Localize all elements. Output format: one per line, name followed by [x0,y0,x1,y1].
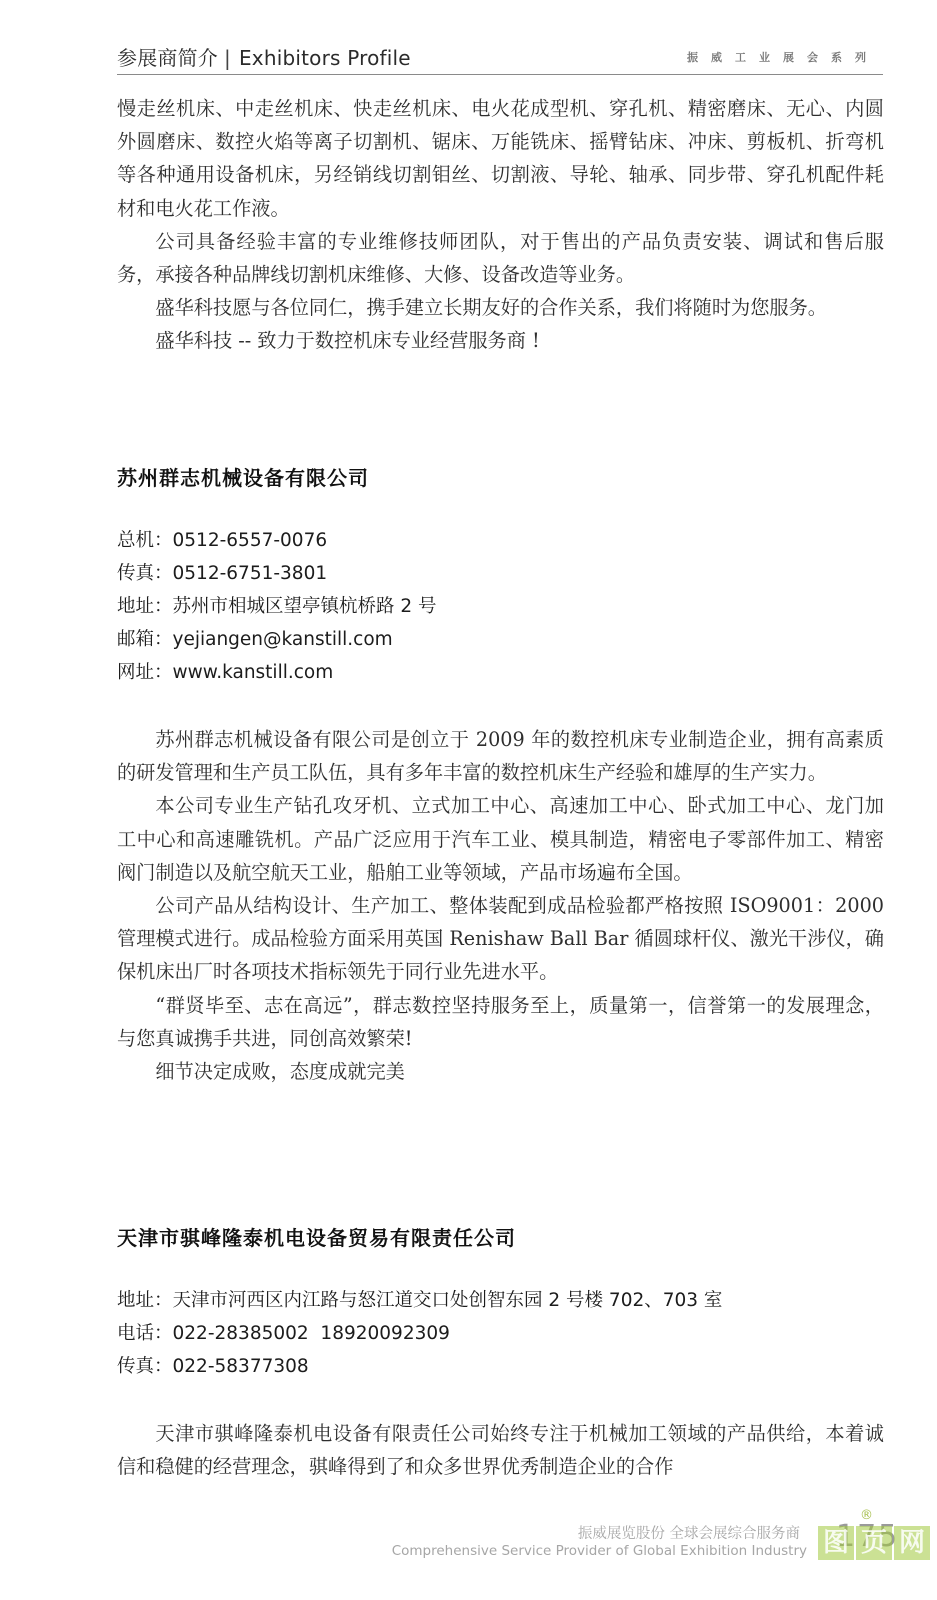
contact-row-switchboard: 总机：0512-6557-0076 [117,524,437,557]
paragraph: 本公司专业生产钻孔攻牙机、立式加工中心、高速加工中心、卧式加工中心、龙门加工中心… [117,789,884,889]
email-link[interactable]: yejiangen@kanstill.com [173,629,393,650]
paragraph: 公司产品从结构设计、生产加工、整体装配到成品检验都严格按照 ISO9001：20… [117,889,884,989]
contact-label: 传真： [117,563,173,584]
contact-value: 022-58377308 [173,1356,309,1377]
paragraph: 盛华科技愿与各位同仁，携手建立长期友好的合作关系，我们将随时为您服务。 [117,291,884,324]
contact-row-email: 邮箱：yejiangen@kanstill.com [117,623,437,656]
watermark-char: 图 [818,1526,854,1560]
registered-mark-icon: ® [860,1508,873,1523]
contact-list: 总机：0512-6557-0076 传真：0512-6751-3801 地址：苏… [117,524,437,689]
contact-label: 传真： [117,1356,173,1377]
paragraph: 公司具备经验丰富的专业维修技师团队，对于售出的产品负责安装、调试和售后服务，承接… [117,225,884,291]
company-title: 天津市骐峰隆泰机电设备贸易有限责任公司 [117,1222,516,1251]
section-title-en: Exhibitors Profile [239,46,411,70]
contact-label: 总机： [117,530,173,551]
contact-label: 网址： [117,662,173,683]
contact-row-fax: 传真：0512-6751-3801 [117,557,437,590]
series-label: 振威工业展会系列 [687,49,879,65]
paragraph: 慢走丝机床、中走丝机床、快走丝机床、电火花成型机、穿孔机、精密磨床、无心、内圆外… [117,92,884,225]
contact-label: 邮箱： [117,629,173,650]
contact-label: 地址： [117,596,173,617]
paragraph: 细节决定成败，态度成就完美 [117,1055,884,1088]
watermark-logo: 图 页 网 [818,1526,930,1560]
contact-value: 苏州市相城区望亭镇杭桥路 2 号 [173,596,437,617]
paragraph: “群贤毕至、志在高远”，群志数控坚持服务至上，质量第一，信誉第一的发展理念，与您… [117,989,884,1055]
contact-value: 022-28385002 18920092309 [173,1323,450,1344]
contact-value: 天津市河西区内江路与怒江道交口处创智东园 2 号楼 702、703 室 [173,1290,723,1311]
header-separator: | [224,46,231,70]
paragraph: 苏州群志机械设备有限公司是创立于 2009 年的数控机床专业制造企业，拥有高素质… [117,723,884,789]
contact-row-website: 网址：www.kanstill.com [117,656,437,689]
contact-row-fax: 传真：022-58377308 [117,1350,722,1383]
section-title-cn: 参展商简介 [117,46,218,70]
contact-row-phone: 电话：022-28385002 18920092309 [117,1317,722,1350]
company-description: 天津市骐峰隆泰机电设备有限责任公司始终专注于机械加工领域的产品供给，本着诚信和稳… [117,1417,884,1483]
company-title: 苏州群志机械设备有限公司 [117,462,369,491]
contact-value: 0512-6557-0076 [173,530,328,551]
watermark-char: 页 [856,1526,892,1560]
contact-list: 地址：天津市河西区内江路与怒江道交口处创智东园 2 号楼 702、703 室 电… [117,1284,722,1383]
watermark-char: 网 [894,1526,930,1560]
contact-value: 0512-6751-3801 [173,563,328,584]
contact-label: 电话： [117,1323,173,1344]
company-description: 苏州群志机械设备有限公司是创立于 2009 年的数控机床专业制造企业，拥有高素质… [117,723,884,1088]
footer-slogan-cn: 振威展览股份 全球会展综合服务商 [578,1522,800,1543]
website-link[interactable]: www.kanstill.com [173,662,334,683]
header-section-title: 参展商简介|Exhibitors Profile [117,42,411,71]
paragraph: 天津市骐峰隆泰机电设备有限责任公司始终专注于机械加工领域的产品供给，本着诚信和稳… [117,1417,884,1483]
intro-section: 慢走丝机床、中走丝机床、快走丝机床、电火花成型机、穿孔机、精密磨床、无心、内圆外… [117,92,884,358]
footer-slogan-en: Comprehensive Service Provider of Global… [392,1543,807,1559]
paragraph: 盛华科技 -- 致力于数控机床专业经营服务商 ! [117,324,884,357]
page-header: 参展商简介|Exhibitors Profile 振威工业展会系列 [117,38,883,75]
contact-row-address: 地址：苏州市相城区望亭镇杭桥路 2 号 [117,590,437,623]
contact-label: 地址： [117,1290,173,1311]
contact-row-address: 地址：天津市河西区内江路与怒江道交口处创智东园 2 号楼 702、703 室 [117,1284,722,1317]
